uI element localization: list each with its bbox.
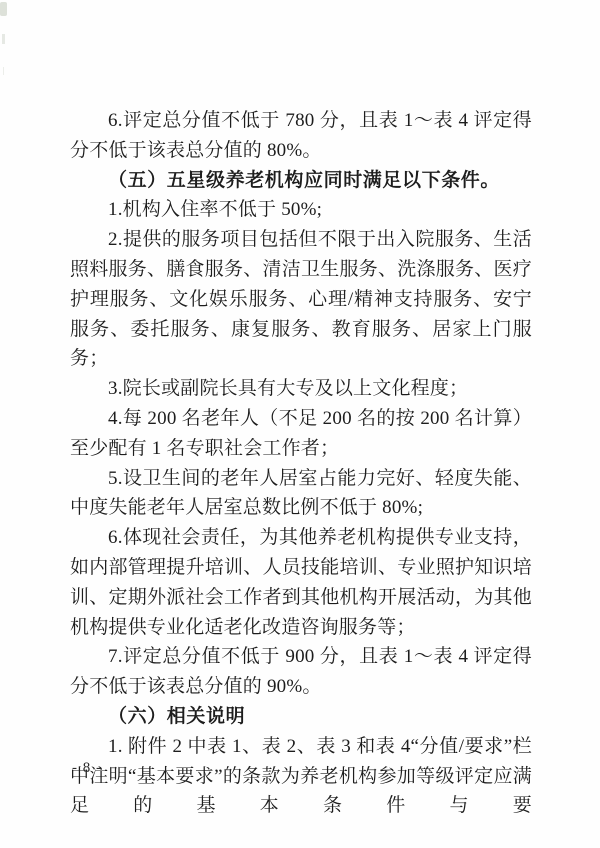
paragraph-criterion-6: 6.评定总分值不低于 780 分，且表 1～表 4 评定得分不低于该表总分值的 …	[70, 106, 532, 166]
document-page: 6.评定总分值不低于 780 分，且表 1～表 4 评定得分不低于该表总分值的 …	[0, 0, 600, 848]
paragraph-score-requirement-900: 7.评定总分值不低于 900 分，且表 1～表 4 评定得分不低于该表总分值的 …	[70, 642, 532, 702]
section-heading-related-notes: （六）相关说明	[70, 702, 532, 732]
document-body: 6.评定总分值不低于 780 分，且表 1～表 4 评定得分不低于该表总分值的 …	[70, 106, 532, 821]
paragraph-social-worker-ratio: 4.每 200 名老年人（不足 200 名的按 200 名计算）至少配有 1 名…	[70, 404, 532, 464]
paragraph-director-education: 3.院长或副院长具有大专及以上文化程度；	[70, 374, 532, 404]
page-number: - 8 -	[72, 760, 102, 777]
paragraph-service-items: 2.提供的服务项目包括但不限于出入院服务、生活照料服务、膳食服务、清洁卫生服务、…	[70, 225, 532, 374]
paragraph-attachment-note: 1. 附件 2 中表 1、表 2、表 3 和表 4“分值/要求”栏中注明“基本要…	[70, 732, 532, 821]
paragraph-social-responsibility: 6.体现社会责任，为其他养老机构提供专业支持，如内部管理提升培训、人员技能培训、…	[70, 523, 532, 642]
scan-artifact	[0, 2, 7, 16]
paragraph-room-bathroom-ratio: 5.设卫生间的老年人居室占能力完好、轻度失能、中度失能老年人居室总数比例不低于 …	[70, 464, 532, 524]
section-heading-five-star: （五）五星级养老机构应同时满足以下条件。	[70, 166, 532, 196]
paragraph-occupancy-rate: 1.机构入住率不低于 50%;	[70, 195, 532, 225]
